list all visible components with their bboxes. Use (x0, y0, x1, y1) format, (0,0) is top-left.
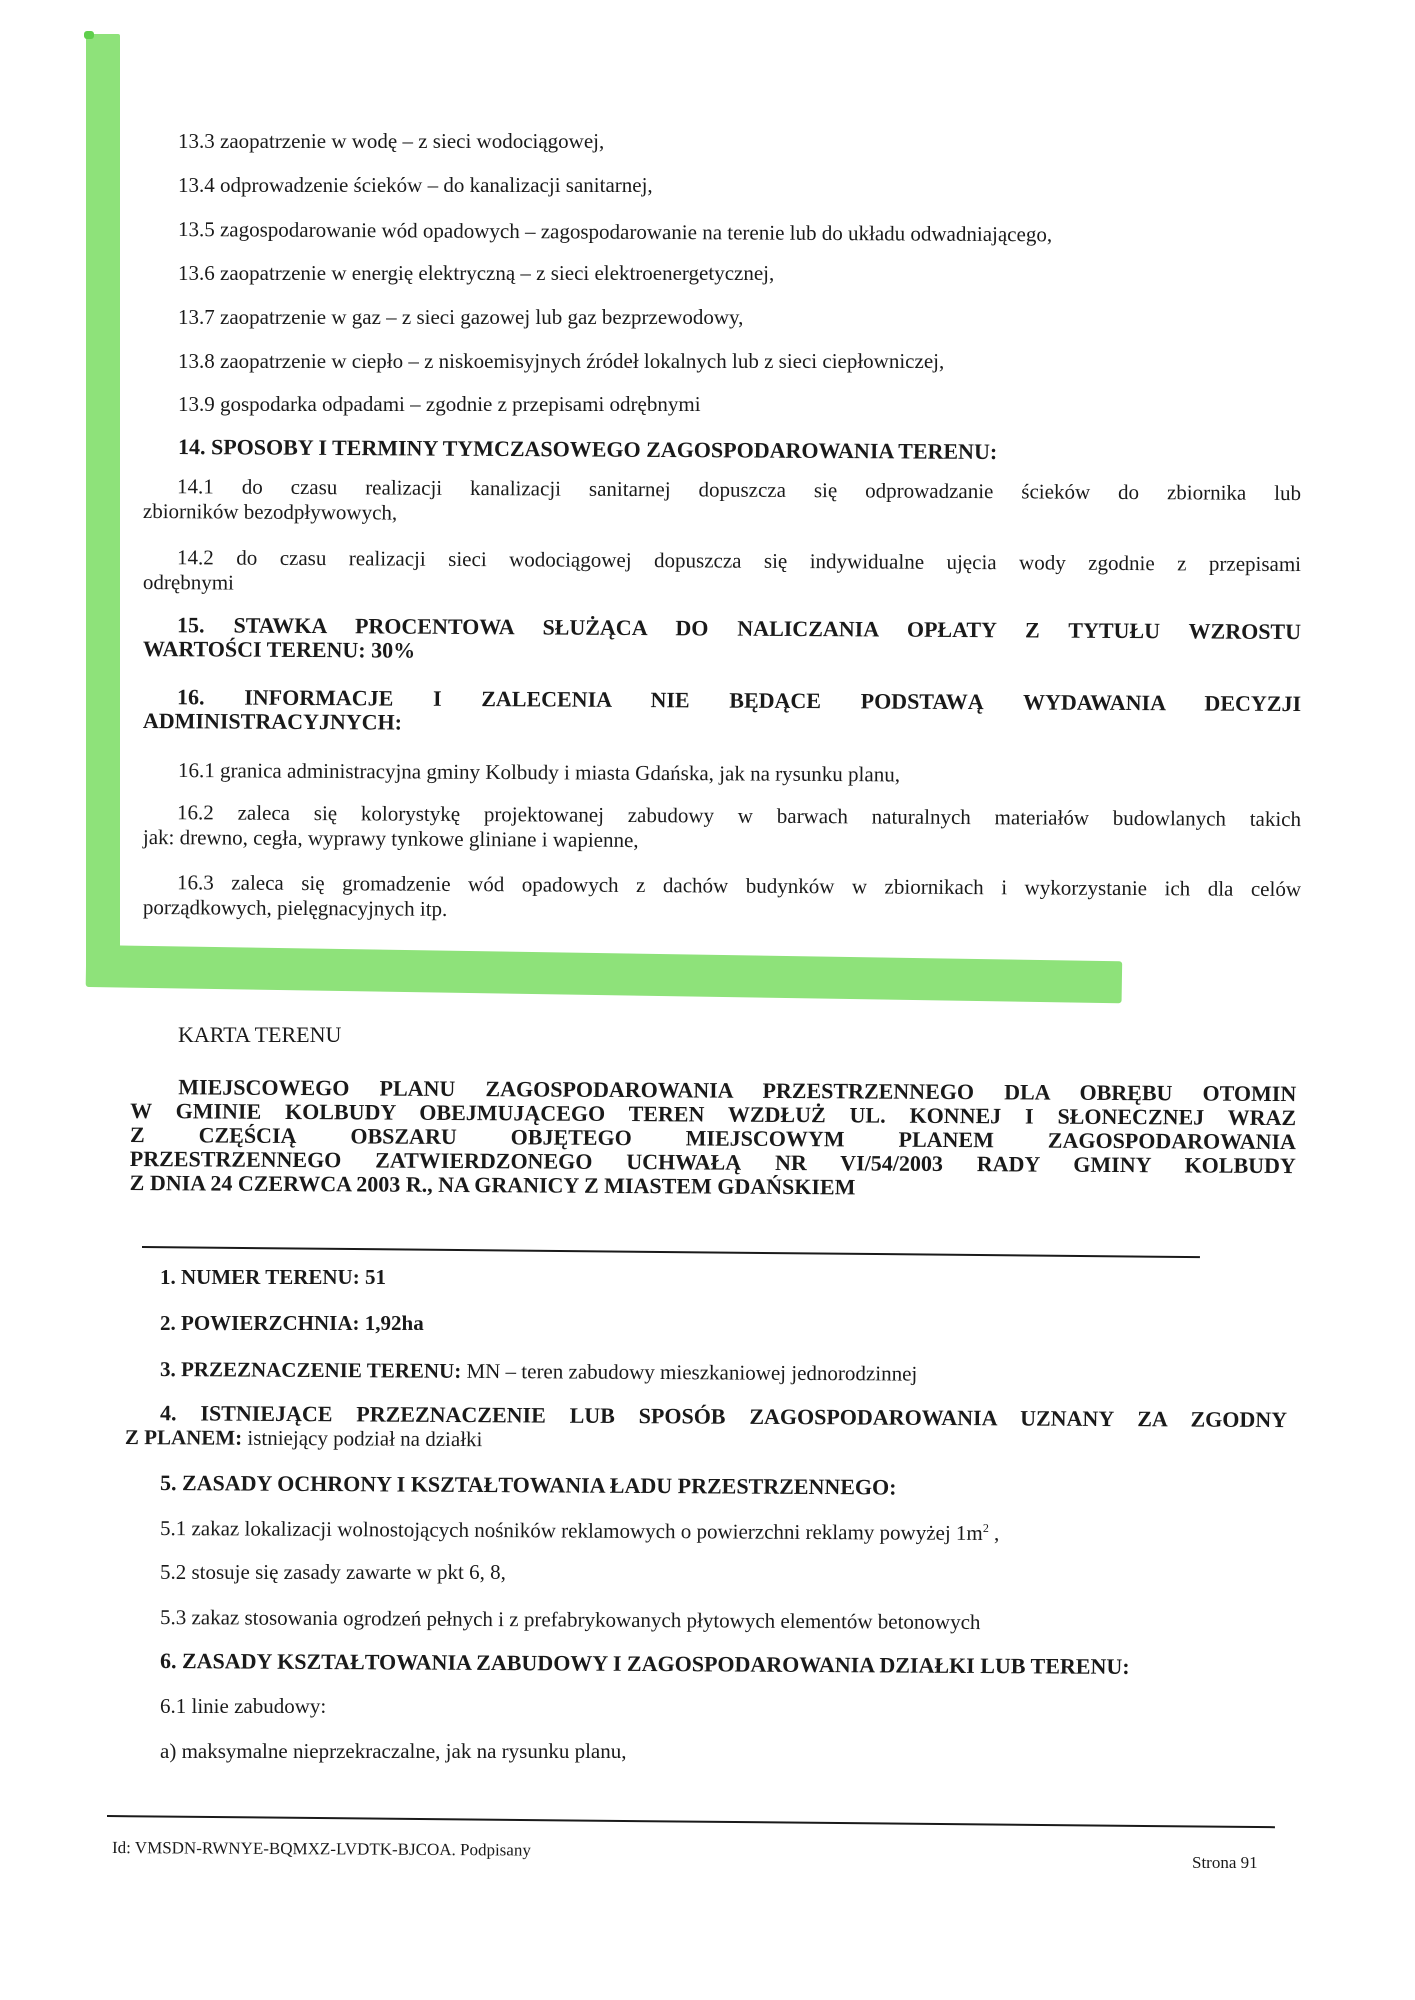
green-highlight-vertical (86, 34, 120, 974)
item-13-4: 13.4 odprowadzenie ścieków – do kanaliza… (178, 172, 653, 198)
section-1-label: 1. NUMER TERENU: (160, 1265, 360, 1289)
section-6-heading: 6. ZASADY KSZTAŁTOWANIA ZABUDOWY I ZAGOS… (160, 1648, 1130, 1680)
footer-page-number: Strona 91 (1192, 1853, 1258, 1873)
item-13-6: 13.6 zaopatrzenie w energię elektryczną … (178, 260, 774, 286)
item-14-1: 14.1 do czasu realizacji kanalizacji san… (143, 474, 1301, 531)
item-16-2: 16.2 zaleca się kolorystykę projektowane… (143, 800, 1301, 857)
section-4-value: istniejący podział na działki (247, 1426, 482, 1451)
section-1-value: 51 (365, 1265, 386, 1289)
section-3-purpose: 3. PRZEZNACZENIE TERENU: MN – teren zabu… (160, 1356, 917, 1387)
item-13-7: 13.7 zaopatrzenie w gaz – z sieci gazowe… (178, 304, 743, 330)
footer-document-id: Id: VMSDN-RWNYE-BQMXZ-LVDTK-BJCOA. Podpi… (112, 1838, 531, 1861)
section-3-label: 3. PRZEZNACZENIE TERENU: (160, 1357, 461, 1383)
section-1-number: 1. NUMER TERENU: 51 (160, 1264, 386, 1290)
item-5-1-tail: , (989, 1521, 1000, 1545)
item-16-3-line2: porządkowych, pielęgnacyjnych itp. (143, 895, 448, 921)
section-16-heading: 16. INFORMACJE I ZALECENIA NIE BĘDĄCE PO… (143, 685, 1301, 740)
section-4-existing: 4. ISTNIEJĄCE PRZEZNACZENIE LUB SPOSÓB Z… (125, 1400, 1287, 1457)
section-14-heading: 14. SPOSOBY I TERMINY TYMCZASOWEGO ZAGOS… (178, 434, 997, 465)
item-5-3: 5.3 zakaz stosowania ogrodzeń pełnych i … (160, 1604, 981, 1635)
item-13-3: 13.3 zaopatrzenie w wodę – z sieci wodoc… (178, 128, 604, 154)
item-5-2: 5.2 stosuje się zasady zawarte w pkt 6, … (160, 1559, 506, 1585)
karta-title: KARTA TERENU (178, 1022, 341, 1048)
document-page: 13.3 zaopatrzenie w wodę – z sieci wodoc… (0, 0, 1415, 2000)
karta-subtitle: MIEJSCOWEGO PLANU ZAGOSPODAROWANIA PRZES… (130, 1075, 1297, 1202)
section-15-line2: WARTOŚCI TERENU: 30% (143, 636, 415, 663)
item-6-1: 6.1 linie zabudowy: (160, 1693, 326, 1719)
section-4-label: Z PLANEM: (125, 1425, 242, 1450)
section-16-line2: ADMINISTRACYJNYCH: (143, 708, 402, 735)
section-5-heading: 5. ZASADY OCHRONY I KSZTAŁTOWANIA ŁADU P… (160, 1470, 897, 1500)
item-13-8: 13.8 zaopatrzenie w ciepło – z niskoemis… (178, 348, 944, 374)
section-2-area: 2. POWIERZCHNIA: 1,92ha (160, 1310, 424, 1336)
item-14-2-line2: odrębnymi (143, 570, 234, 595)
item-13-5: 13.5 zagospodarowanie wód opadowych – za… (178, 216, 1052, 247)
section-3-value: MN – teren zabudowy mieszkaniowej jednor… (466, 1359, 917, 1386)
section-2-label: 2. POWIERZCHNIA: (160, 1311, 360, 1335)
separator-rule (142, 1246, 1200, 1258)
item-5-1: 5.1 zakaz lokalizacji wolnostojących noś… (160, 1515, 999, 1546)
item-6-1-a: a) maksymalne nieprzekraczalne, jak na r… (160, 1738, 626, 1764)
item-16-2-line2: jak: drewno, cegła, wyprawy tynkowe glin… (143, 825, 639, 852)
green-highlight-horizontal (86, 945, 1123, 1003)
footer-rule (107, 1815, 1275, 1828)
item-5-1-text: 5.1 zakaz lokalizacji wolnostojących noś… (160, 1516, 983, 1545)
item-14-1-line2: zbiorników bezodpływowych, (143, 499, 397, 525)
item-16-3: 16.3 zaleca się gromadzenie wód opadowyc… (143, 870, 1301, 927)
item-16-1: 16.1 granica administracyjna gminy Kolbu… (178, 757, 900, 787)
item-14-2-line1: 14.2 do czasu realizacji sieci wodociągo… (143, 545, 1301, 577)
item-13-9: 13.9 gospodarka odpadami – zgodnie z prz… (178, 391, 701, 417)
section-2-value: 1,92ha (365, 1311, 424, 1335)
item-14-2: 14.2 do czasu realizacji sieci wodociągo… (143, 545, 1301, 602)
section-15: 15. STAWKA PROCENTOWA SŁUŻĄCA DO NALICZA… (143, 613, 1301, 668)
